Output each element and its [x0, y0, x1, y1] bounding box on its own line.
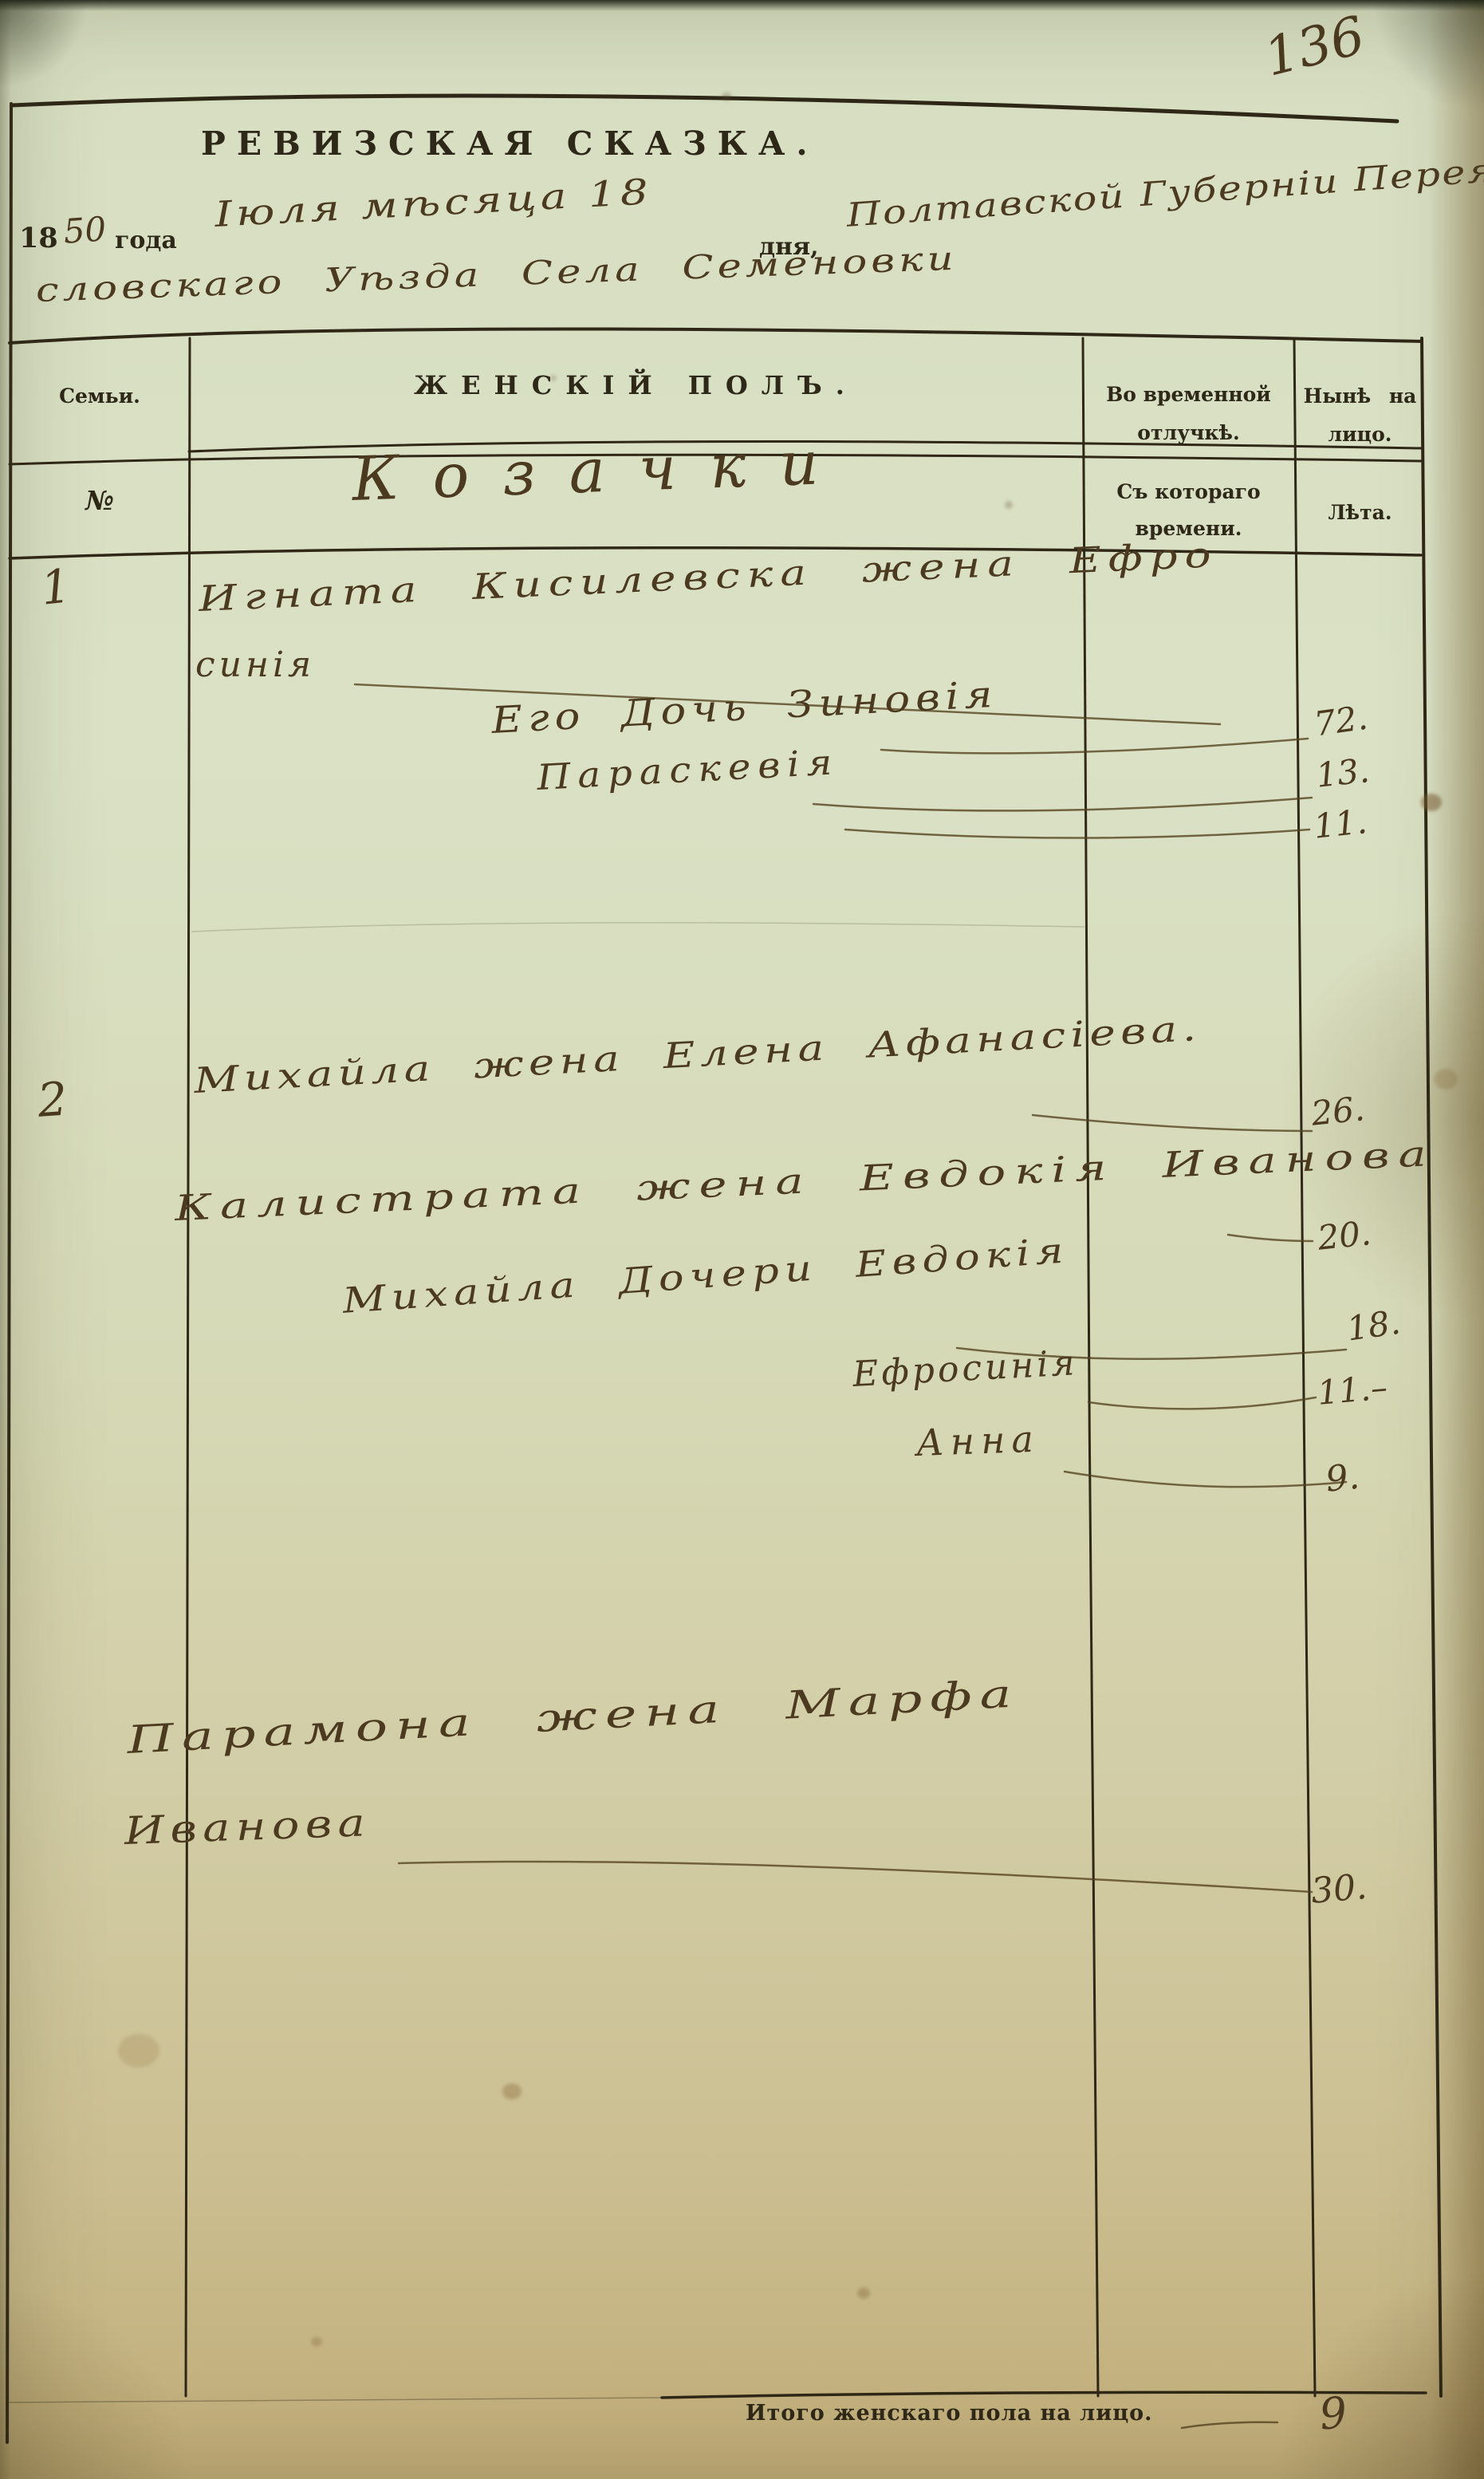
age-value: 11. [1312, 802, 1369, 846]
record-line: Иванова [124, 1800, 372, 1854]
dash-footer-total [1182, 2422, 1277, 2428]
footer-total-label: Итого женскаго пола на лицо. [746, 2401, 1153, 2426]
table-border-bottom-faint [10, 2398, 662, 2402]
family-number: 1 [38, 558, 73, 615]
table-border-top [10, 329, 1421, 343]
top-rule [12, 96, 1397, 121]
dash-entry1-evdokia-wife [1228, 1235, 1313, 1241]
age-value: 26. [1309, 1089, 1367, 1133]
scan-page: 136 РЕВИЗСКАЯ СКАЗКА. 18 50 года Іюля мѣ… [0, 0, 1484, 2479]
column-line-right [1422, 338, 1441, 2396]
dash-entry0-zinovia [881, 739, 1308, 753]
age-value: 30. [1309, 1866, 1368, 1912]
age-value: 18. [1344, 1303, 1403, 1349]
header-present-line2: лицо. [1294, 423, 1426, 446]
stain [550, 375, 557, 381]
age-value: 9. [1324, 1456, 1361, 1500]
header-present-line1: Нынѣ на [1294, 384, 1426, 408]
stain [118, 2034, 159, 2067]
record-line: Анна [915, 1417, 1041, 1464]
header-absence-line1: Во временной [1083, 383, 1294, 406]
header-family-col: Семьи. [10, 384, 189, 408]
preamble-year-handwritten: 50 [62, 209, 108, 251]
family-number: 2 [36, 1071, 69, 1127]
stain [1434, 1069, 1458, 1090]
dash-entry1-elena [1033, 1115, 1312, 1131]
header-since-line1: Съ котораго [1083, 480, 1294, 503]
record-line: синія [195, 644, 315, 685]
dash-entry0-age11 [845, 830, 1309, 838]
column-line-1 [186, 338, 190, 2396]
column-line-2 [1083, 338, 1098, 2396]
footer-total-value: 9 [1317, 2387, 1349, 2440]
age-value: 20. [1316, 1213, 1373, 1258]
stain [857, 2288, 870, 2299]
document-title: РЕВИЗСКАЯ СКАЗКА. [201, 124, 819, 163]
header-number-col: № [10, 485, 189, 516]
table-border-bottom [662, 2392, 1426, 2398]
dash-entry2-ivanova [399, 1862, 1312, 1892]
age-value: 13. [1314, 751, 1372, 795]
stain [311, 2337, 322, 2347]
preamble-year-label: года [115, 227, 177, 254]
header-absence-line2: отлучкѣ. [1083, 421, 1294, 444]
age-value: 11.– [1316, 1367, 1389, 1412]
stain [722, 93, 731, 100]
dash-entry0-paraskevia [813, 798, 1312, 810]
dash-entry1-efrosinia [1088, 1397, 1316, 1409]
header-age-col: Лѣта. [1294, 501, 1426, 524]
preamble-year-printed: 18 [19, 222, 58, 254]
column-line-3 [1294, 338, 1315, 2396]
stain [1421, 794, 1442, 811]
header-main-col: ЖЕНСКІЙ ПОЛЪ. [189, 370, 1083, 400]
age-value: 72. [1312, 698, 1370, 744]
stain [1005, 501, 1013, 509]
faint-crease [191, 923, 1084, 932]
page-border-left [7, 104, 11, 2442]
stain [502, 2083, 522, 2099]
